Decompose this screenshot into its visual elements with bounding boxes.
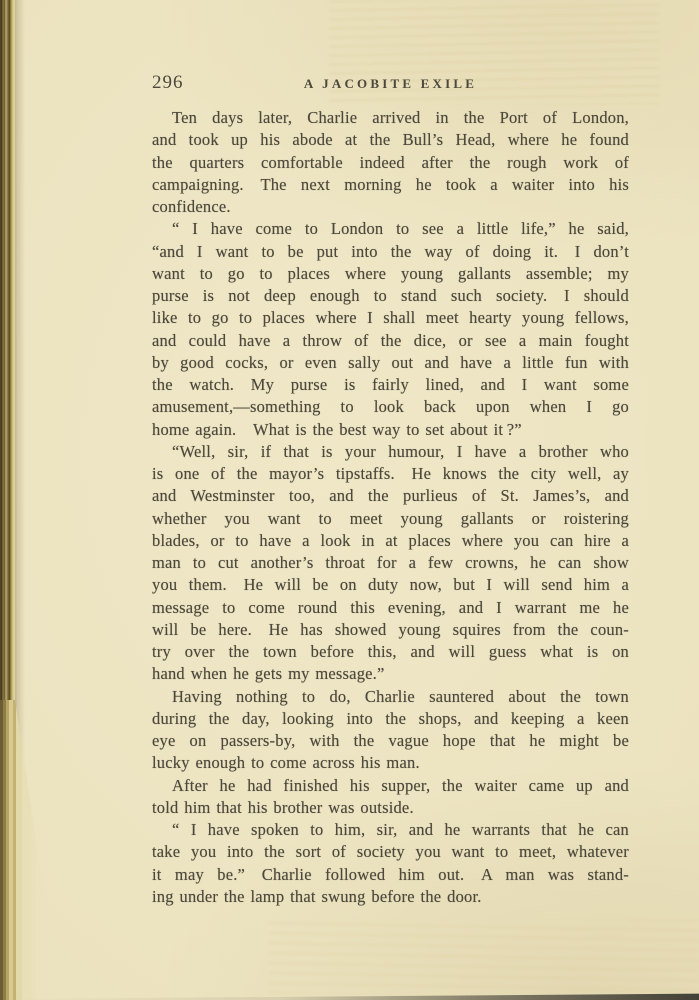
text-line: is one of the mayor’s tipstaffs. He know…	[152, 463, 629, 485]
text-line: by good cocks, or even sally out and hav…	[152, 352, 629, 374]
text-line: confidence.	[152, 196, 629, 218]
text-line: like to go to places where I shall meet …	[152, 307, 629, 329]
scanned-book-page: 296 A JACOBITE EXILE Ten days later, Cha…	[0, 0, 699, 1000]
text-line: and took up his abode at the Bull’s Head…	[152, 129, 629, 151]
text-line: lucky enough to come across his man.	[152, 752, 629, 774]
text-line: and could have a throw of the dice, or s…	[152, 330, 629, 352]
text-line: take you into the sort of society you wa…	[152, 841, 629, 863]
text-line: blades, or to have a look in at places w…	[152, 530, 629, 552]
text-line: the watch. My purse is fairly lined, and…	[152, 374, 629, 396]
paper-streaks-bottom	[269, 919, 699, 994]
text-line: campaigning. The next morning he took a …	[152, 174, 629, 196]
text-line: purse is not deep enough to stand such s…	[152, 285, 629, 307]
text-line: and Westminster too, and the purlieus of…	[152, 485, 629, 507]
text-line: whether you want to meet young gallants …	[152, 508, 629, 530]
text-line: amusement,—something to look back upon w…	[152, 396, 629, 418]
text-line: will be here. He has showed young squire…	[152, 619, 629, 641]
running-title: A JACOBITE EXILE	[152, 76, 629, 92]
text-line: “ I have spoken to him, sir, and he warr…	[152, 819, 629, 841]
text-line: “and I want to be put into the way of do…	[152, 241, 629, 263]
text-block: Ten days later, Charlie arrived in the P…	[152, 107, 629, 908]
text-line: during the day, looking into the shops, …	[152, 708, 629, 730]
text-line: you them. He will be on duty now, but I …	[152, 574, 629, 596]
text-line: Ten days later, Charlie arrived in the P…	[152, 107, 629, 129]
text-line: Having nothing to do, Charlie sauntered …	[152, 686, 629, 708]
text-line: hand when he gets my message.”	[152, 663, 629, 685]
text-line: told him that his brother was outside.	[152, 797, 629, 819]
text-line: “ I have come to London to see a little …	[152, 218, 629, 240]
text-line: ing under the lamp that swung before the…	[152, 886, 629, 908]
page-edges-fan	[0, 700, 66, 1000]
text-line: message to come round this evening, and …	[152, 597, 629, 619]
text-line: want to go to places where young gallant…	[152, 263, 629, 285]
text-line: try over the town before this, and will …	[152, 641, 629, 663]
text-line: After he had finished his supper, the wa…	[152, 775, 629, 797]
text-line: it may be.” Charlie followed him out. A …	[152, 864, 629, 886]
text-line: eye on passers-by, with the vague hope t…	[152, 730, 629, 752]
page-header: 296 A JACOBITE EXILE	[152, 72, 629, 96]
text-line: man to cut another’s throat for a few cr…	[152, 552, 629, 574]
text-line: the quarters comfortable indeed after th…	[152, 152, 629, 174]
text-line: home again. What is the best way to set …	[152, 419, 629, 441]
text-line: “Well, sir, if that is your humour, I ha…	[152, 441, 629, 463]
